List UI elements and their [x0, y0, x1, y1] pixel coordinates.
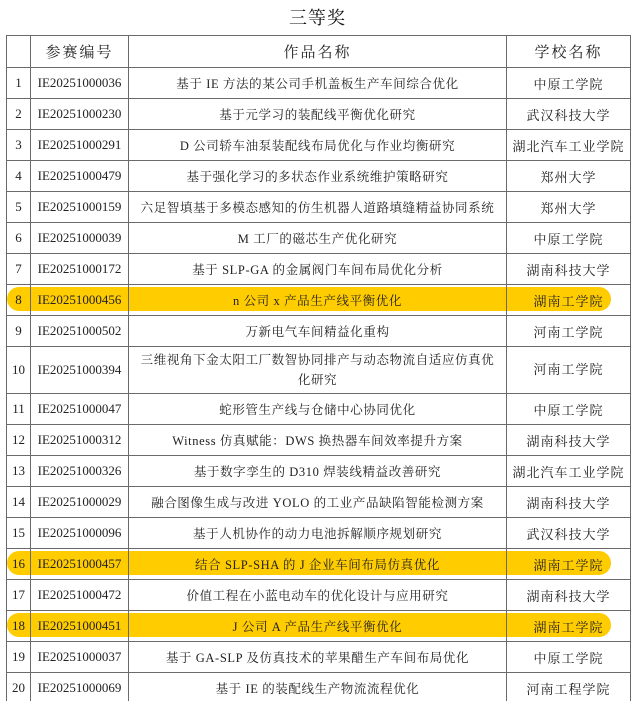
row-school: 中原工学院: [507, 68, 631, 99]
row-code: IE20251000326: [31, 456, 129, 487]
row-index: 1: [7, 68, 31, 99]
row-index: 3: [7, 130, 31, 161]
row-work: D 公司轿车油泵装配线布局优化与作业均衡研究: [129, 130, 507, 161]
row-code: IE20251000457: [31, 549, 129, 580]
table-row: 5 IE20251000159 六足智填基于多模态感知的仿生机器人道路填缝精益协…: [7, 192, 631, 223]
row-work: 基于人机协作的动力电池拆解顺序规划研究: [129, 518, 507, 549]
row-code: IE20251000039: [31, 223, 129, 254]
row-work: 基于数字孪生的 D310 焊装线精益改善研究: [129, 456, 507, 487]
table-row: 10 IE20251000394 三维视角下金太阳工厂数智协同排产与动态物流自适…: [7, 347, 631, 394]
row-school: 武汉科技大学: [507, 99, 631, 130]
awards-table: 参赛编号 作品名称 学校名称 1 IE20251000036 基于 IE 方法的…: [6, 35, 631, 701]
table-row: 1 IE20251000036 基于 IE 方法的某公司手机盖板生产车间综合优化…: [7, 68, 631, 99]
row-school: 湖南科技大学: [507, 487, 631, 518]
row-school: 湖南工学院: [507, 549, 631, 580]
row-code: IE20251000479: [31, 161, 129, 192]
header-school: 学校名称: [507, 36, 631, 68]
row-school: 湖南科技大学: [507, 580, 631, 611]
row-work: 基于 SLP-GA 的金属阀门车间布局优化分析: [129, 254, 507, 285]
row-work: Witness 仿真赋能：DWS 换热器车间效率提升方案: [129, 425, 507, 456]
row-code: IE20251000312: [31, 425, 129, 456]
table-row: 3 IE20251000291 D 公司轿车油泵装配线布局优化与作业均衡研究 湖…: [7, 130, 631, 161]
table-row-highlighted: 16 IE20251000457 结合 SLP-SHA 的 J 企业车间布局仿真…: [7, 549, 631, 580]
row-index: 7: [7, 254, 31, 285]
row-code: IE20251000096: [31, 518, 129, 549]
table-row: 20 IE20251000069 基于 IE 的装配线生产物流流程优化 河南工程…: [7, 673, 631, 701]
row-work: 融合图像生成与改进 YOLO 的工业产品缺陷智能检测方案: [129, 487, 507, 518]
table-row: 13 IE20251000326 基于数字孪生的 D310 焊装线精益改善研究 …: [7, 456, 631, 487]
row-code: IE20251000159: [31, 192, 129, 223]
page-title: 三等奖: [0, 4, 635, 30]
table-row: 15 IE20251000096 基于人机协作的动力电池拆解顺序规划研究 武汉科…: [7, 518, 631, 549]
row-index: 17: [7, 580, 31, 611]
header-work: 作品名称: [129, 36, 507, 68]
table-row-highlighted: 18 IE20251000451 J 公司 A 产品生产线平衡优化 湖南工学院: [7, 611, 631, 642]
table-row: 11 IE20251000047 蛇形管生产线与仓储中心协同优化 中原工学院: [7, 394, 631, 425]
row-school: 郑州大学: [507, 161, 631, 192]
row-work: 基于 GA-SLP 及仿真技术的苹果醋生产车间布局优化: [129, 642, 507, 673]
row-school: 湖南科技大学: [507, 425, 631, 456]
table-row: 19 IE20251000037 基于 GA-SLP 及仿真技术的苹果醋生产车间…: [7, 642, 631, 673]
row-code: IE20251000172: [31, 254, 129, 285]
table-row: 9 IE20251000502 万新电气车间精益化重构 河南工学院: [7, 316, 631, 347]
table-row: 2 IE20251000230 基于元学习的装配线平衡优化研究 武汉科技大学: [7, 99, 631, 130]
row-index: 11: [7, 394, 31, 425]
row-school: 中原工学院: [507, 394, 631, 425]
row-index: 5: [7, 192, 31, 223]
row-code: IE20251000291: [31, 130, 129, 161]
row-index: 10: [7, 347, 31, 394]
row-work: 结合 SLP-SHA 的 J 企业车间布局仿真优化: [129, 549, 507, 580]
row-work: M 工厂的磁芯生产优化研究: [129, 223, 507, 254]
row-index: 18: [7, 611, 31, 642]
row-school: 湖北汽车工业学院: [507, 456, 631, 487]
row-work: 价值工程在小蓝电动车的优化设计与应用研究: [129, 580, 507, 611]
table-row: 17 IE20251000472 价值工程在小蓝电动车的优化设计与应用研究 湖南…: [7, 580, 631, 611]
row-work: J 公司 A 产品生产线平衡优化: [129, 611, 507, 642]
row-index: 16: [7, 549, 31, 580]
row-work: 蛇形管生产线与仓储中心协同优化: [129, 394, 507, 425]
table-row: 6 IE20251000039 M 工厂的磁芯生产优化研究 中原工学院: [7, 223, 631, 254]
row-school: 湖南工学院: [507, 285, 631, 316]
row-code: IE20251000036: [31, 68, 129, 99]
row-index: 8: [7, 285, 31, 316]
row-school: 武汉科技大学: [507, 518, 631, 549]
row-code: IE20251000472: [31, 580, 129, 611]
row-work: 三维视角下金太阳工厂数智协同排产与动态物流自适应仿真优化研究: [129, 347, 507, 394]
row-index: 13: [7, 456, 31, 487]
row-work: 万新电气车间精益化重构: [129, 316, 507, 347]
row-school: 湖南科技大学: [507, 254, 631, 285]
row-school: 湖南工学院: [507, 611, 631, 642]
row-school: 河南工程学院: [507, 673, 631, 701]
row-school: 河南工学院: [507, 347, 631, 394]
row-index: 4: [7, 161, 31, 192]
row-code: IE20251000451: [31, 611, 129, 642]
row-work: n 公司 x 产品生产线平衡优化: [129, 285, 507, 316]
row-work: 基于元学习的装配线平衡优化研究: [129, 99, 507, 130]
row-code: IE20251000029: [31, 487, 129, 518]
row-work: 六足智填基于多模态感知的仿生机器人道路填缝精益协同系统: [129, 192, 507, 223]
table-row: 7 IE20251000172 基于 SLP-GA 的金属阀门车间布局优化分析 …: [7, 254, 631, 285]
row-school: 湖北汽车工业学院: [507, 130, 631, 161]
row-code: IE20251000047: [31, 394, 129, 425]
row-code: IE20251000502: [31, 316, 129, 347]
row-code: IE20251000069: [31, 673, 129, 701]
table-row: 14 IE20251000029 融合图像生成与改进 YOLO 的工业产品缺陷智…: [7, 487, 631, 518]
row-index: 9: [7, 316, 31, 347]
row-school: 中原工学院: [507, 223, 631, 254]
row-work: 基于强化学习的多状态作业系统维护策略研究: [129, 161, 507, 192]
row-work: 基于 IE 的装配线生产物流流程优化: [129, 673, 507, 701]
header-code: 参赛编号: [31, 36, 129, 68]
row-code: IE20251000230: [31, 99, 129, 130]
row-index: 19: [7, 642, 31, 673]
row-index: 12: [7, 425, 31, 456]
header-index: [7, 36, 31, 68]
row-code: IE20251000037: [31, 642, 129, 673]
table-row: 12 IE20251000312 Witness 仿真赋能：DWS 换热器车间效…: [7, 425, 631, 456]
row-code: IE20251000456: [31, 285, 129, 316]
row-school: 郑州大学: [507, 192, 631, 223]
table-header-row: 参赛编号 作品名称 学校名称: [7, 36, 631, 68]
row-index: 6: [7, 223, 31, 254]
table-row-highlighted: 8 IE20251000456 n 公司 x 产品生产线平衡优化 湖南工学院: [7, 285, 631, 316]
row-code: IE20251000394: [31, 347, 129, 394]
table-row: 4 IE20251000479 基于强化学习的多状态作业系统维护策略研究 郑州大…: [7, 161, 631, 192]
row-work: 基于 IE 方法的某公司手机盖板生产车间综合优化: [129, 68, 507, 99]
row-index: 2: [7, 99, 31, 130]
row-index: 15: [7, 518, 31, 549]
row-index: 14: [7, 487, 31, 518]
row-school: 中原工学院: [507, 642, 631, 673]
row-index: 20: [7, 673, 31, 701]
row-school: 河南工学院: [507, 316, 631, 347]
